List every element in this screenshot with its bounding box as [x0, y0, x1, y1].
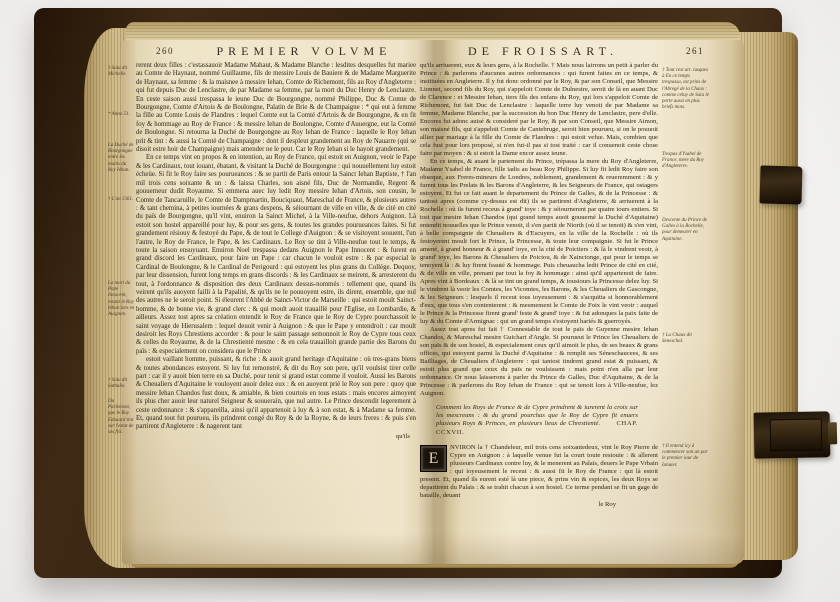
page-261: DE FROISSART. 261 † Tout cest art. iusqu…: [408, 34, 710, 550]
page-number-right: 261: [686, 46, 704, 56]
margin-note: † Tout cest art. iusques à En ce temps t…: [662, 68, 710, 111]
margin-note: Trespas d'Ysabel de France, mere du Roy …: [662, 152, 710, 171]
text-column-right: qu'ils arriuerent, eux & leurs gens, à l…: [420, 62, 658, 508]
catchword: le Roy: [420, 501, 658, 508]
margin-note: Du Parlement, que le Roy Edouard tint su…: [108, 399, 135, 436]
woodcut-initial: E: [420, 445, 447, 472]
text-column-left: rerent deux filles : c'estassauoir Madam…: [136, 62, 416, 440]
margin-note: † La Chaux dit Seneschal.: [662, 333, 710, 345]
catchword: qu'ils: [136, 433, 416, 440]
page-260: 260 PREMIER VOLVME † Sala dit Michelle. …: [104, 34, 418, 550]
margin-note: La mort du Pape Innocent, estant le Roy …: [108, 281, 135, 318]
margin-note: † Il entend icy à commencer son an par l…: [662, 444, 710, 469]
body-text: rerent deux filles : c'estassauoir Madam…: [136, 62, 416, 432]
page-edges-right: [738, 32, 798, 560]
chapter-heading: Comment les Roys de France & de Cypre pr…: [420, 398, 658, 441]
opening-text: NVIRON la † Chandeleur, mil trois cens s…: [420, 444, 658, 499]
running-head-left: PREMIER VOLVME: [164, 44, 418, 59]
photo-backdrop: 260 PREMIER VOLVME † Sala dit Michelle. …: [0, 0, 840, 602]
margin-note: † L'an 1361.: [108, 197, 135, 203]
margin-note: Descente du Prince de Galles à la Rochel…: [662, 218, 710, 243]
clasp-lower: [754, 411, 831, 458]
margin-note: † Sala dit Michelle.: [108, 66, 135, 78]
body-text: qu'ils arriuerent, eux & leurs gens, à l…: [420, 62, 658, 398]
chapter-heading-text: Comment les Roys de France & de Cypre pr…: [436, 404, 638, 427]
clasp-upper: [760, 165, 803, 204]
margin-note: † Sala dit Sathalie.: [108, 378, 135, 390]
running-head-right: DE FROISSART.: [408, 44, 678, 59]
margin-note: La Duché de Bourgongne entre les mains d…: [108, 143, 135, 174]
chapter-opening-paragraph: ENVIRON la † Chandeleur, mil trois cens …: [420, 444, 658, 500]
margin-note: * Anno 51.: [108, 112, 135, 118]
